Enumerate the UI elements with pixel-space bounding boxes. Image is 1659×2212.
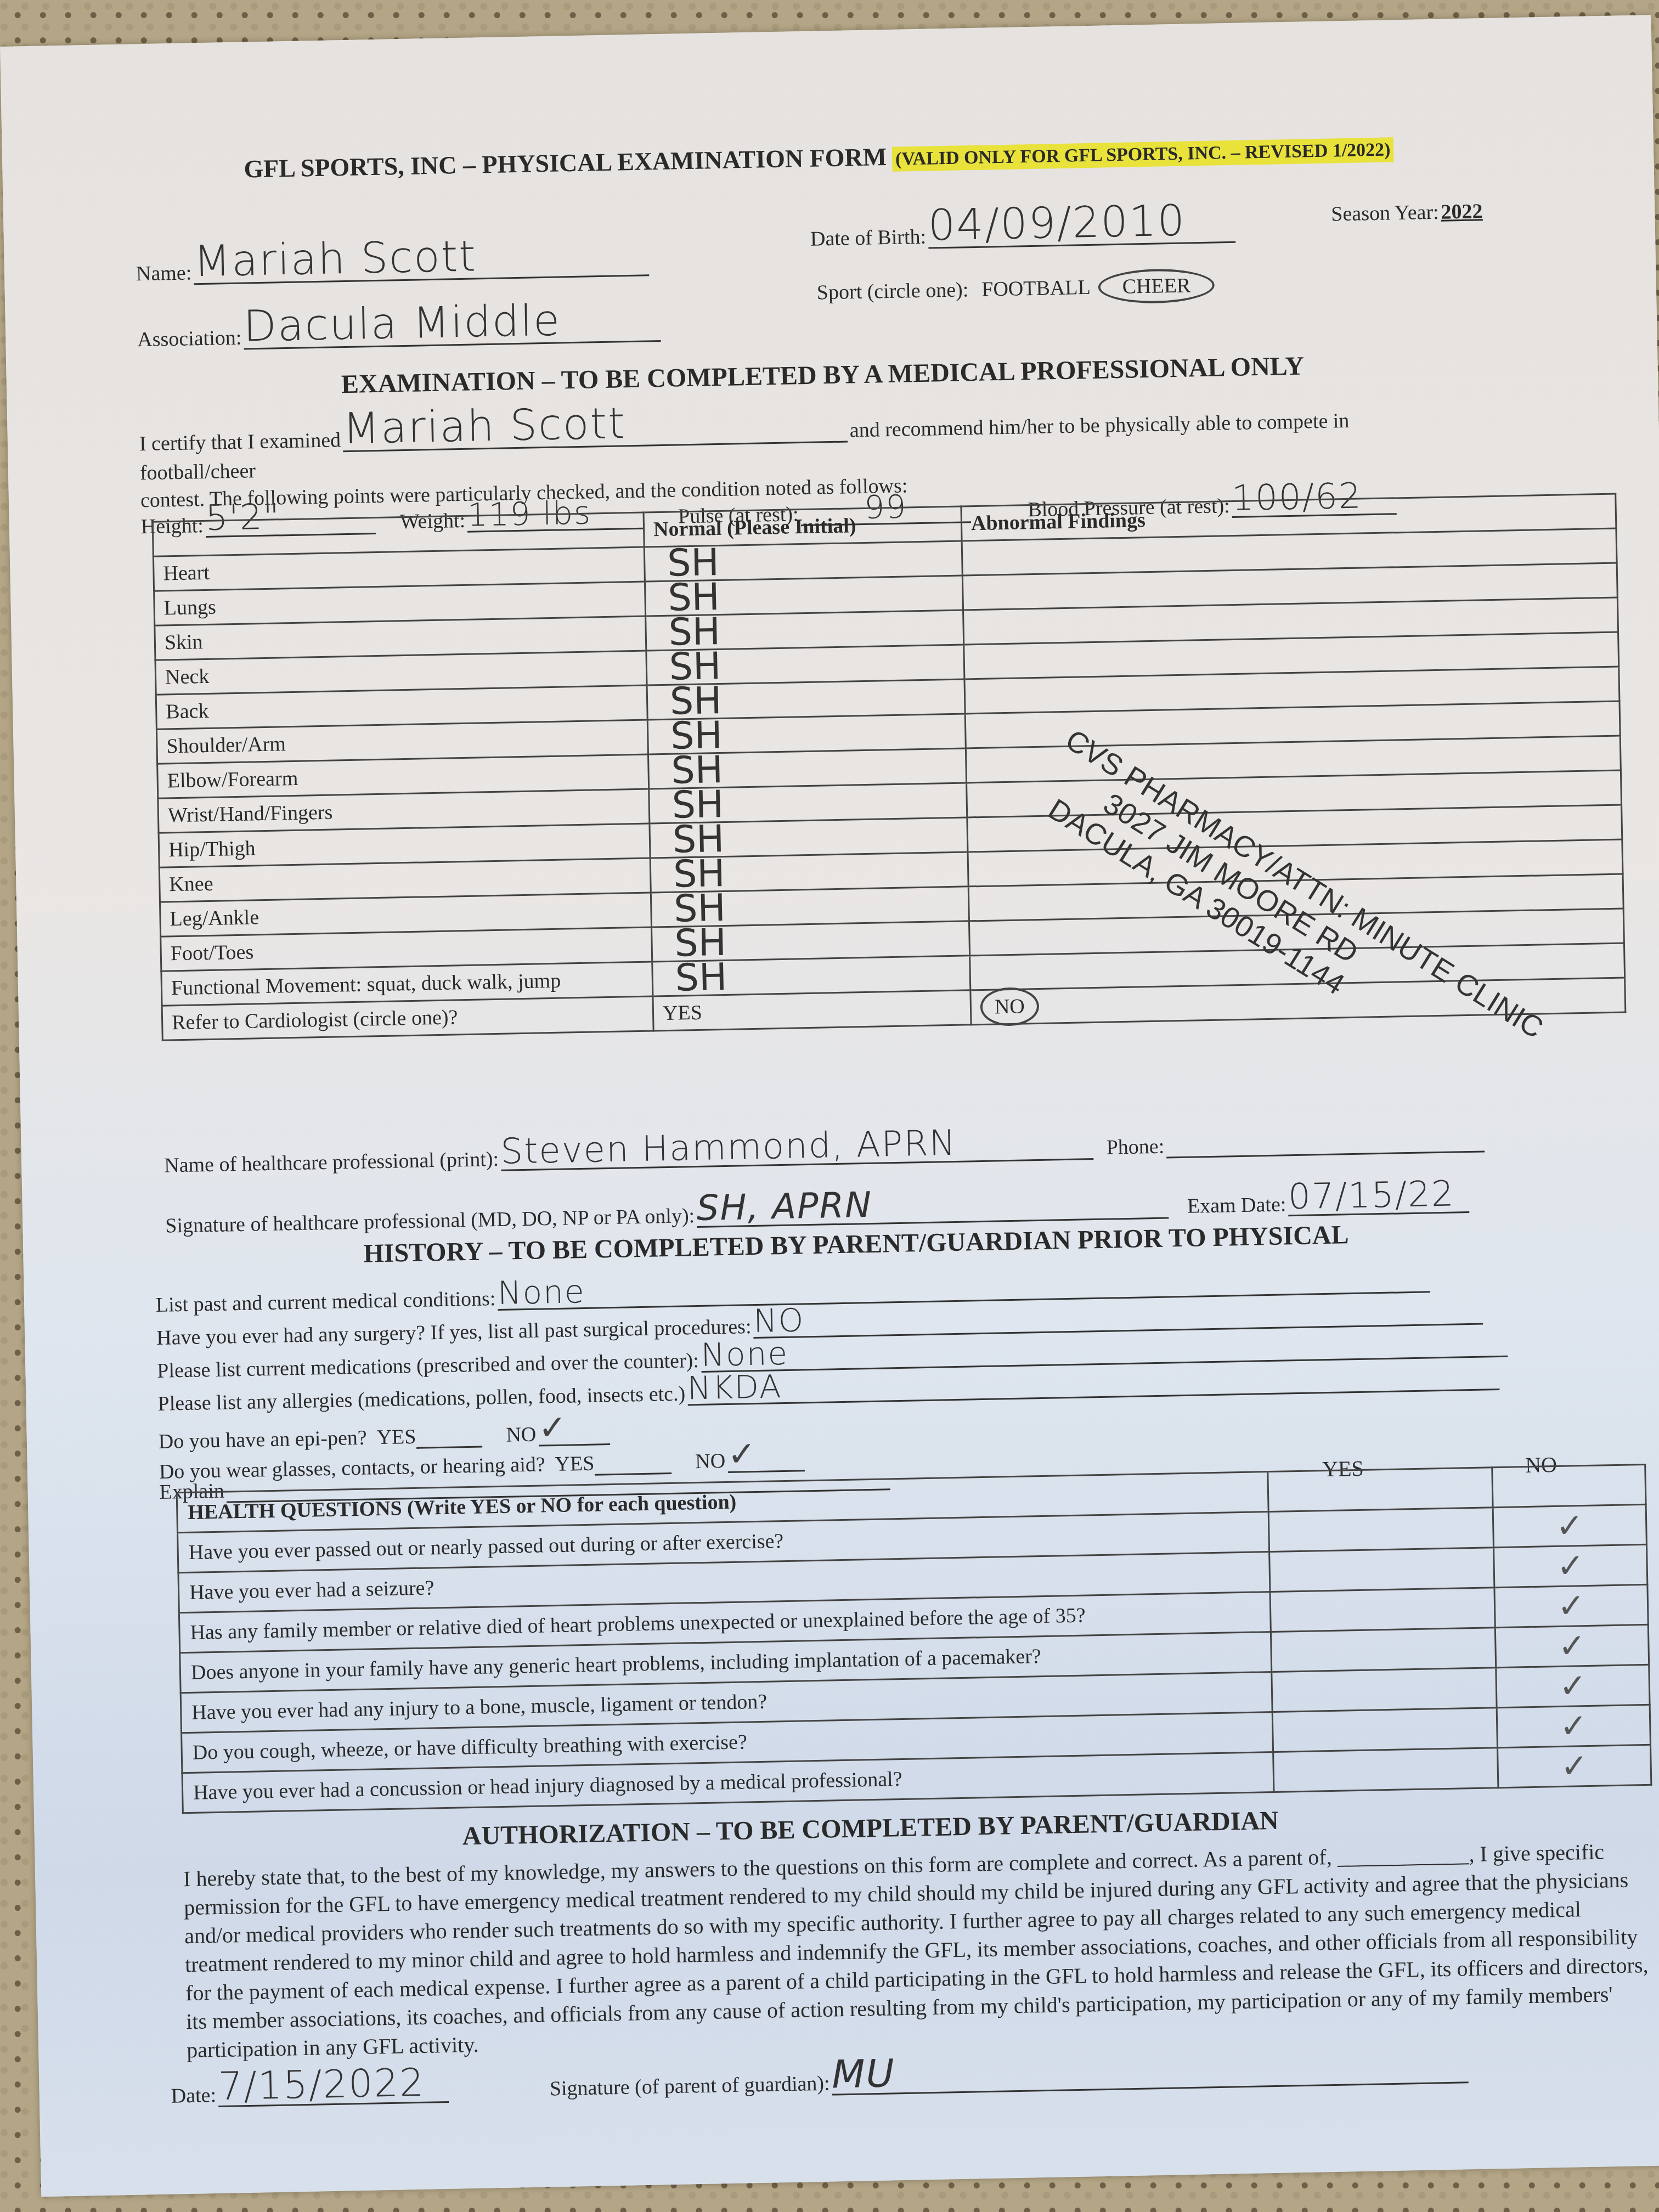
certify-statement: I certify that I examined Mariah Scott a… <box>139 388 1350 456</box>
physical-exam-form: GFL SPORTS, INC – PHYSICAL EXAMINATION F… <box>0 15 1659 2197</box>
hq-no-check-icon[interactable]: ✓ <box>1496 1664 1650 1707</box>
professional-name-label: Name of healthcare professional (print): <box>164 1148 499 1177</box>
dob-field[interactable]: Date of Birth: 04/09/2010 <box>810 199 1235 251</box>
professional-name-value[interactable]: Steven Hammond, APRN <box>500 1123 1093 1171</box>
dob-value[interactable]: 04/09/2010 <box>928 199 1235 249</box>
health-questions-table: HEALTH QUESTIONS (Write YES or NO for ea… <box>176 1464 1652 1814</box>
authorization-body: I hereby state that, to the best of my k… <box>183 1836 1659 2064</box>
hq-yes-cell[interactable] <box>1272 1708 1497 1752</box>
certify-prefix: I certify that I examined <box>139 428 341 455</box>
hq-no-check-icon[interactable]: ✓ <box>1495 1624 1649 1667</box>
name-label: Name: <box>136 261 192 285</box>
guardian-signature-value[interactable]: MU <box>832 2043 1469 2095</box>
cardiologist-no-option-circled[interactable]: NO <box>980 987 1039 1026</box>
sport-option-football[interactable]: FOOTBALL <box>981 276 1091 301</box>
association-field[interactable]: Association: Dacula Middle <box>137 297 661 352</box>
hq-yes-cell[interactable] <box>1272 1668 1497 1712</box>
sport-label: Sport (circle one): <box>816 278 968 304</box>
association-value[interactable]: Dacula Middle <box>243 297 661 350</box>
season-value: 2022 <box>1441 200 1483 223</box>
form-title: GFL SPORTS, INC – PHYSICAL EXAMINATION F… <box>244 132 1394 183</box>
sport-option-cheer-circled[interactable]: CHEER <box>1098 268 1215 304</box>
association-label: Association: <box>137 326 242 352</box>
name-value[interactable]: Mariah Scott <box>193 232 649 285</box>
season-year-field: Season Year: 2022 <box>1331 199 1483 226</box>
hq-yes-cell[interactable] <box>1273 1748 1498 1792</box>
season-label: Season Year: <box>1331 201 1439 226</box>
hq-no-check-icon[interactable]: ✓ <box>1498 1745 1651 1787</box>
phone-value[interactable] <box>1167 1150 1485 1158</box>
form-title-text: GFL SPORTS, INC – PHYSICAL EXAMINATION F… <box>244 143 887 183</box>
certify-sport: football/cheer <box>140 459 256 485</box>
guardian-signature-label: Signature (of parent of guardian): <box>550 2072 830 2101</box>
hq-no-check-icon[interactable]: ✓ <box>1497 1705 1650 1747</box>
professional-name-field[interactable]: Name of healthcare professional (print):… <box>163 1115 1485 1177</box>
name-field[interactable]: Name: Mariah Scott <box>136 232 650 286</box>
sport-field: Sport (circle one): FOOTBALL CHEER <box>816 273 1215 305</box>
certify-suffix: and recommend him/her to be physically a… <box>849 409 1349 442</box>
hq-yes-cell[interactable] <box>1269 1548 1494 1592</box>
professional-signature-label: Signature of healthcare professional (MD… <box>165 1204 695 1238</box>
auth-date-value[interactable]: 7/15/2022 <box>218 2063 449 2107</box>
validity-note: (VALID ONLY FOR GFL SPORTS, INC. – REVIS… <box>892 137 1394 172</box>
hq-header-yes-cell <box>1268 1468 1493 1512</box>
professional-signature-value[interactable]: SH, APRN <box>696 1182 1169 1228</box>
hq-no-check-icon[interactable]: ✓ <box>1493 1504 1646 1547</box>
exam-date-value[interactable]: 07/15/22 <box>1288 1176 1470 1216</box>
hq-yes-cell[interactable] <box>1271 1628 1496 1672</box>
dob-label: Date of Birth: <box>810 225 927 251</box>
hq-header-no-cell <box>1492 1464 1646 1507</box>
hq-no-check-icon[interactable]: ✓ <box>1494 1584 1648 1627</box>
hq-yes-cell[interactable] <box>1268 1508 1493 1552</box>
exam-initials[interactable]: SH <box>652 956 970 996</box>
hq-no-check-icon[interactable]: ✓ <box>1494 1544 1647 1587</box>
certify-name[interactable]: Mariah Scott <box>342 398 848 452</box>
phone-label: Phone: <box>1106 1135 1164 1159</box>
hq-yes-cell[interactable] <box>1270 1588 1495 1632</box>
form-content: GFL SPORTS, INC – PHYSICAL EXAMINATION F… <box>132 16 1602 44</box>
authorization-heading: AUTHORIZATION – TO BE COMPLETED BY PAREN… <box>462 1805 1279 1852</box>
exam-date-label: Exam Date: <box>1187 1193 1286 1217</box>
auth-date-label: Date: <box>171 2084 216 2108</box>
